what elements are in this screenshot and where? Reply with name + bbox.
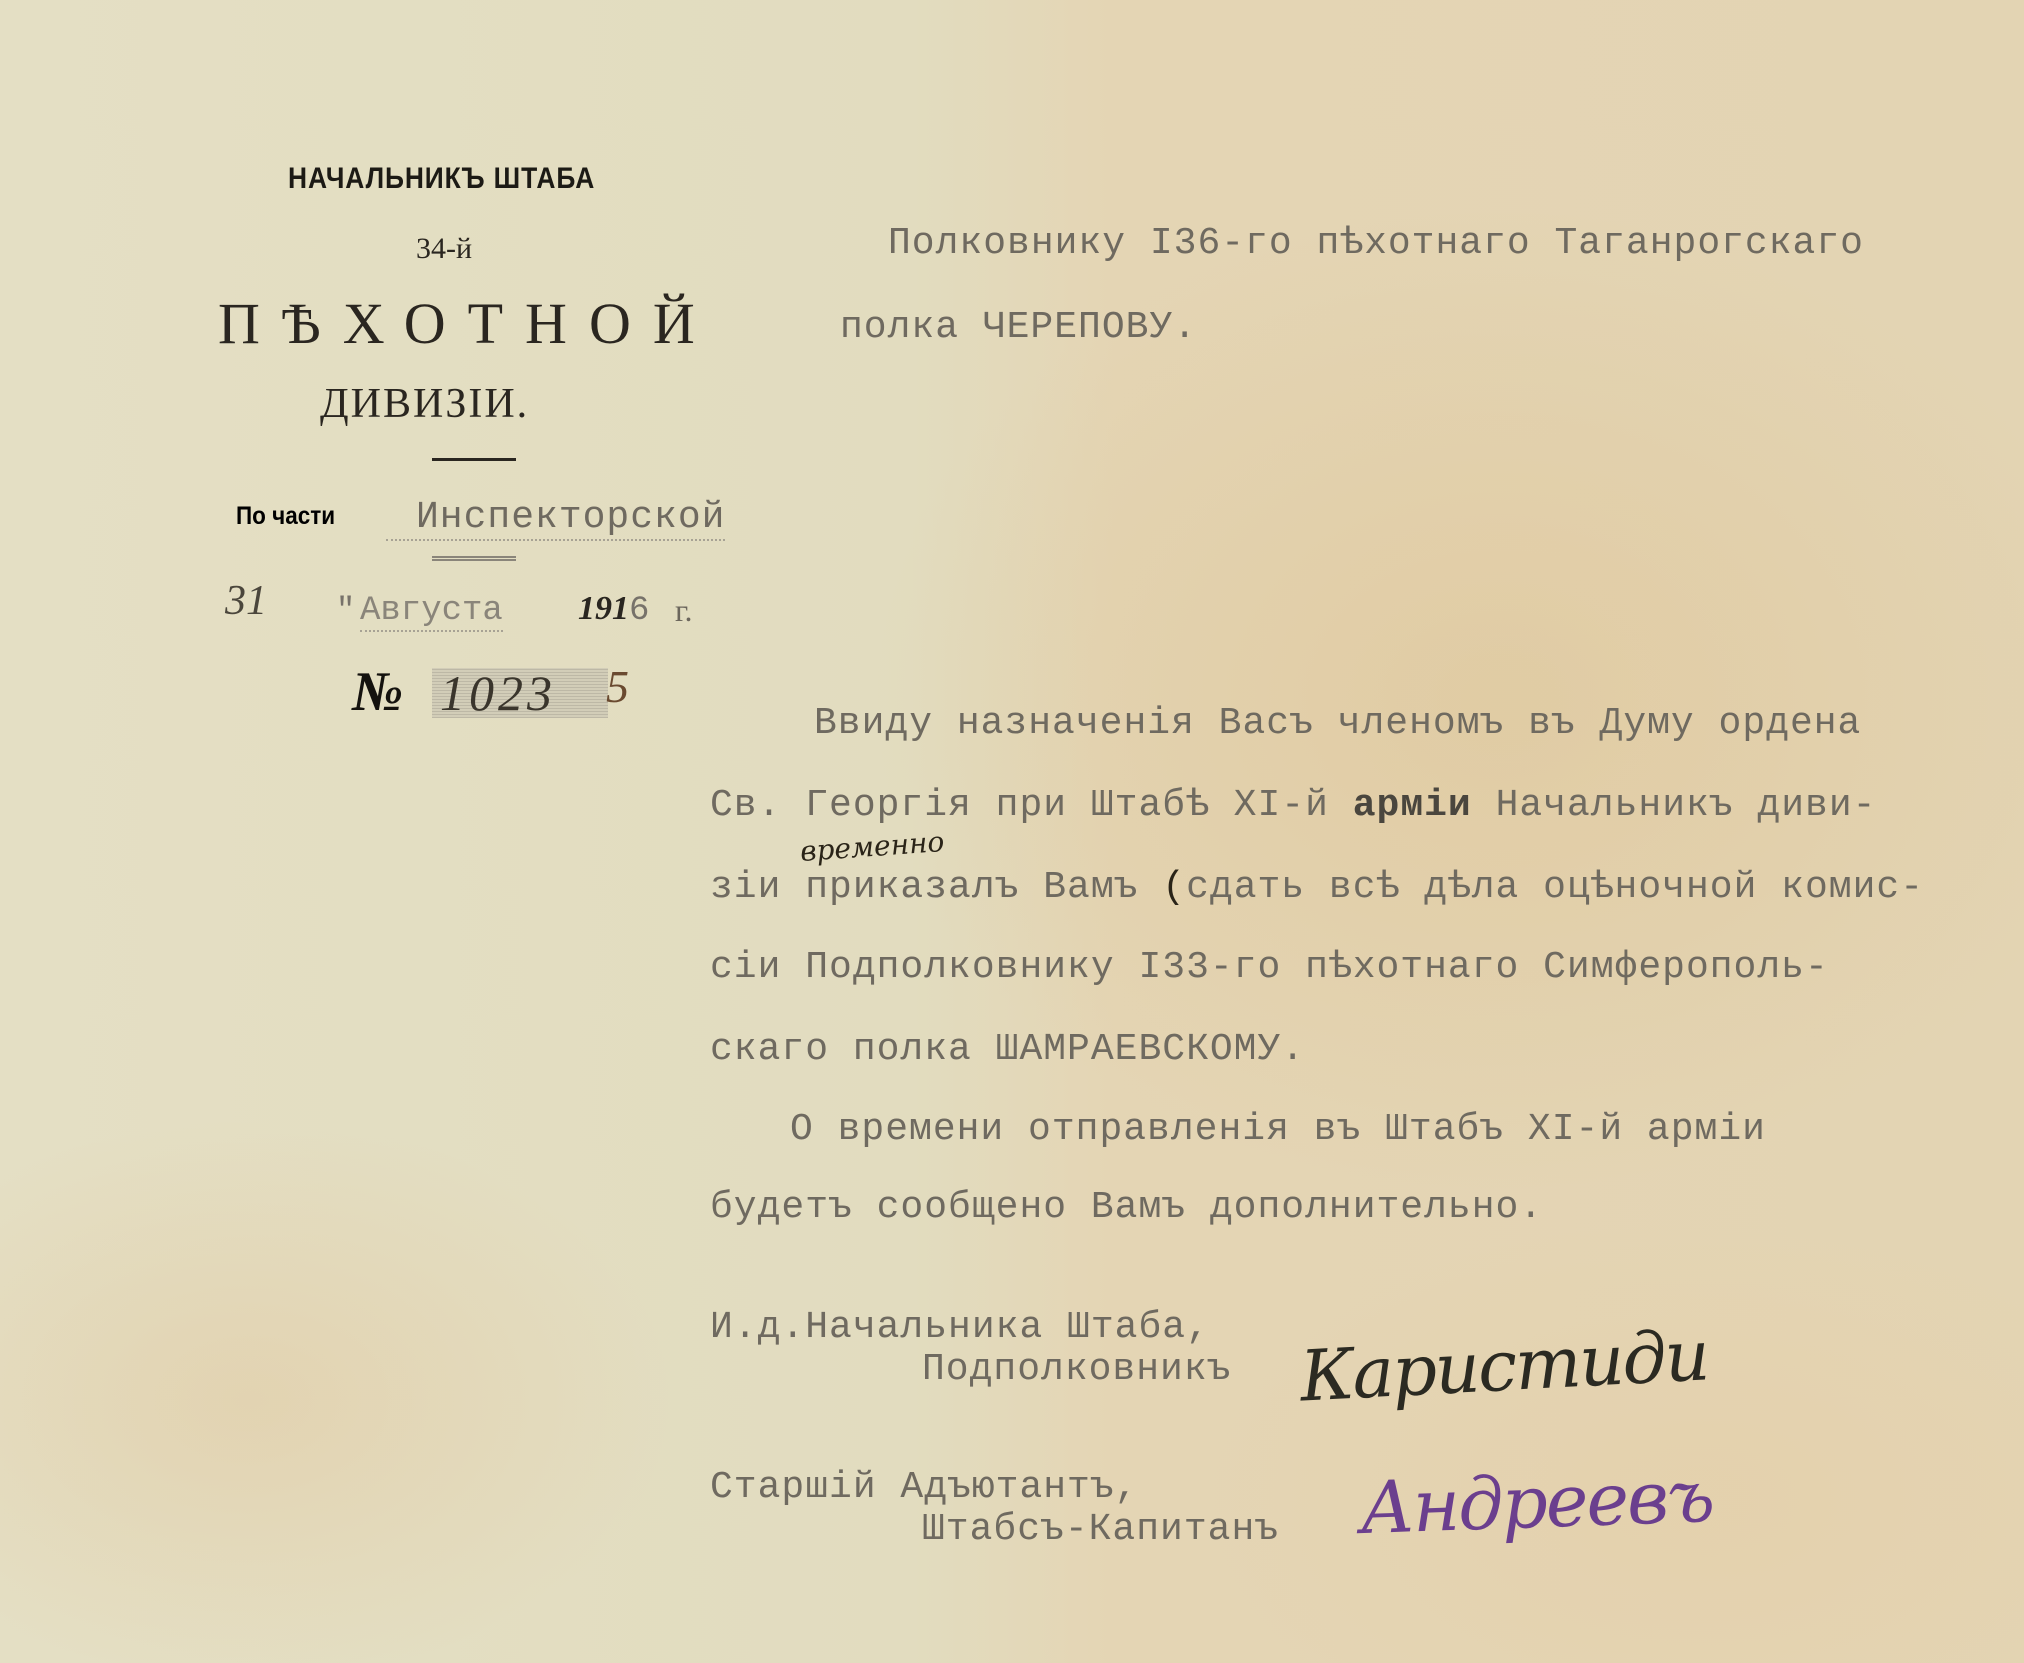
body-line-2-start: Св. Георгія при Штабѣ XI-й (710, 784, 1329, 827)
document-number-tail: 5 (606, 660, 629, 713)
body-line-1: Ввиду назначенія Васъ членомъ въ Думу ор… (814, 702, 1861, 745)
signer-2-title: Старшій Адъютантъ, (710, 1466, 1138, 1509)
date-suffix: г. (675, 592, 693, 629)
date-year-printed: 191 (578, 590, 629, 627)
signer-1-rank: Подполковникъ (922, 1348, 1231, 1391)
date-day: 31 (225, 577, 267, 625)
date-year: 1916 (578, 590, 649, 630)
signer-1-title: И.д.Начальника Штаба, (710, 1306, 1210, 1349)
part-value: Инспекторской (386, 496, 725, 541)
insertion-mark: ( (1162, 866, 1186, 909)
body-line-3-end: сдать всѣ дѣла оцѣночной комис- (1186, 866, 1924, 909)
signature-2: Андреевъ (1359, 1454, 1715, 1550)
division-number: 34-й (416, 232, 472, 266)
body-line-3-start: зіи приказалъ Вамъ (710, 866, 1138, 909)
letterhead-title: НАЧАЛЬНИКЪ ШТАБА (288, 162, 595, 196)
division-type: ПѢХОТНОЙ (218, 290, 717, 357)
date-quote: " (336, 592, 355, 629)
body-line-4: сіи Подполковнику I33-го пѣхотнаго Симфе… (710, 946, 1829, 989)
addressee-line-1: Полковнику I36-го пѣхотнаго Таганрогскаг… (888, 222, 1864, 265)
signer-2-rank: Штабсъ-Капитанъ (922, 1508, 1279, 1551)
body-line-2: Св. Георгія при Штабѣ XI-й арміи Начальн… (710, 784, 1876, 827)
document-number: 1023 (440, 664, 556, 722)
part-label: По части (236, 502, 335, 531)
letterhead-divider (432, 458, 516, 461)
number-sign: № (352, 660, 403, 724)
body-line-2-bold: арміи (1353, 784, 1472, 827)
addressee-line-2: полка ЧЕРЕПОВУ. (840, 306, 1197, 349)
body-line-7: будетъ сообщено Вамъ дополнительно. (710, 1186, 1543, 1229)
date-month: Августа (360, 592, 503, 632)
body-line-3: зіи приказалъ Вамъ (сдать всѣ дѣла оцѣно… (710, 866, 1924, 909)
body-line-5: скаго полка ШАМРАЕВСКОМУ. (710, 1028, 1305, 1071)
division-word: ДИВИЗІИ. (320, 380, 529, 428)
double-divider (432, 556, 516, 561)
body-line-2-end: Начальникъ диви- (1496, 784, 1877, 827)
body-line-6: О времени отправленія въ Штабъ XI-й армі… (790, 1108, 1766, 1151)
date-year-typed: 6 (629, 592, 649, 630)
